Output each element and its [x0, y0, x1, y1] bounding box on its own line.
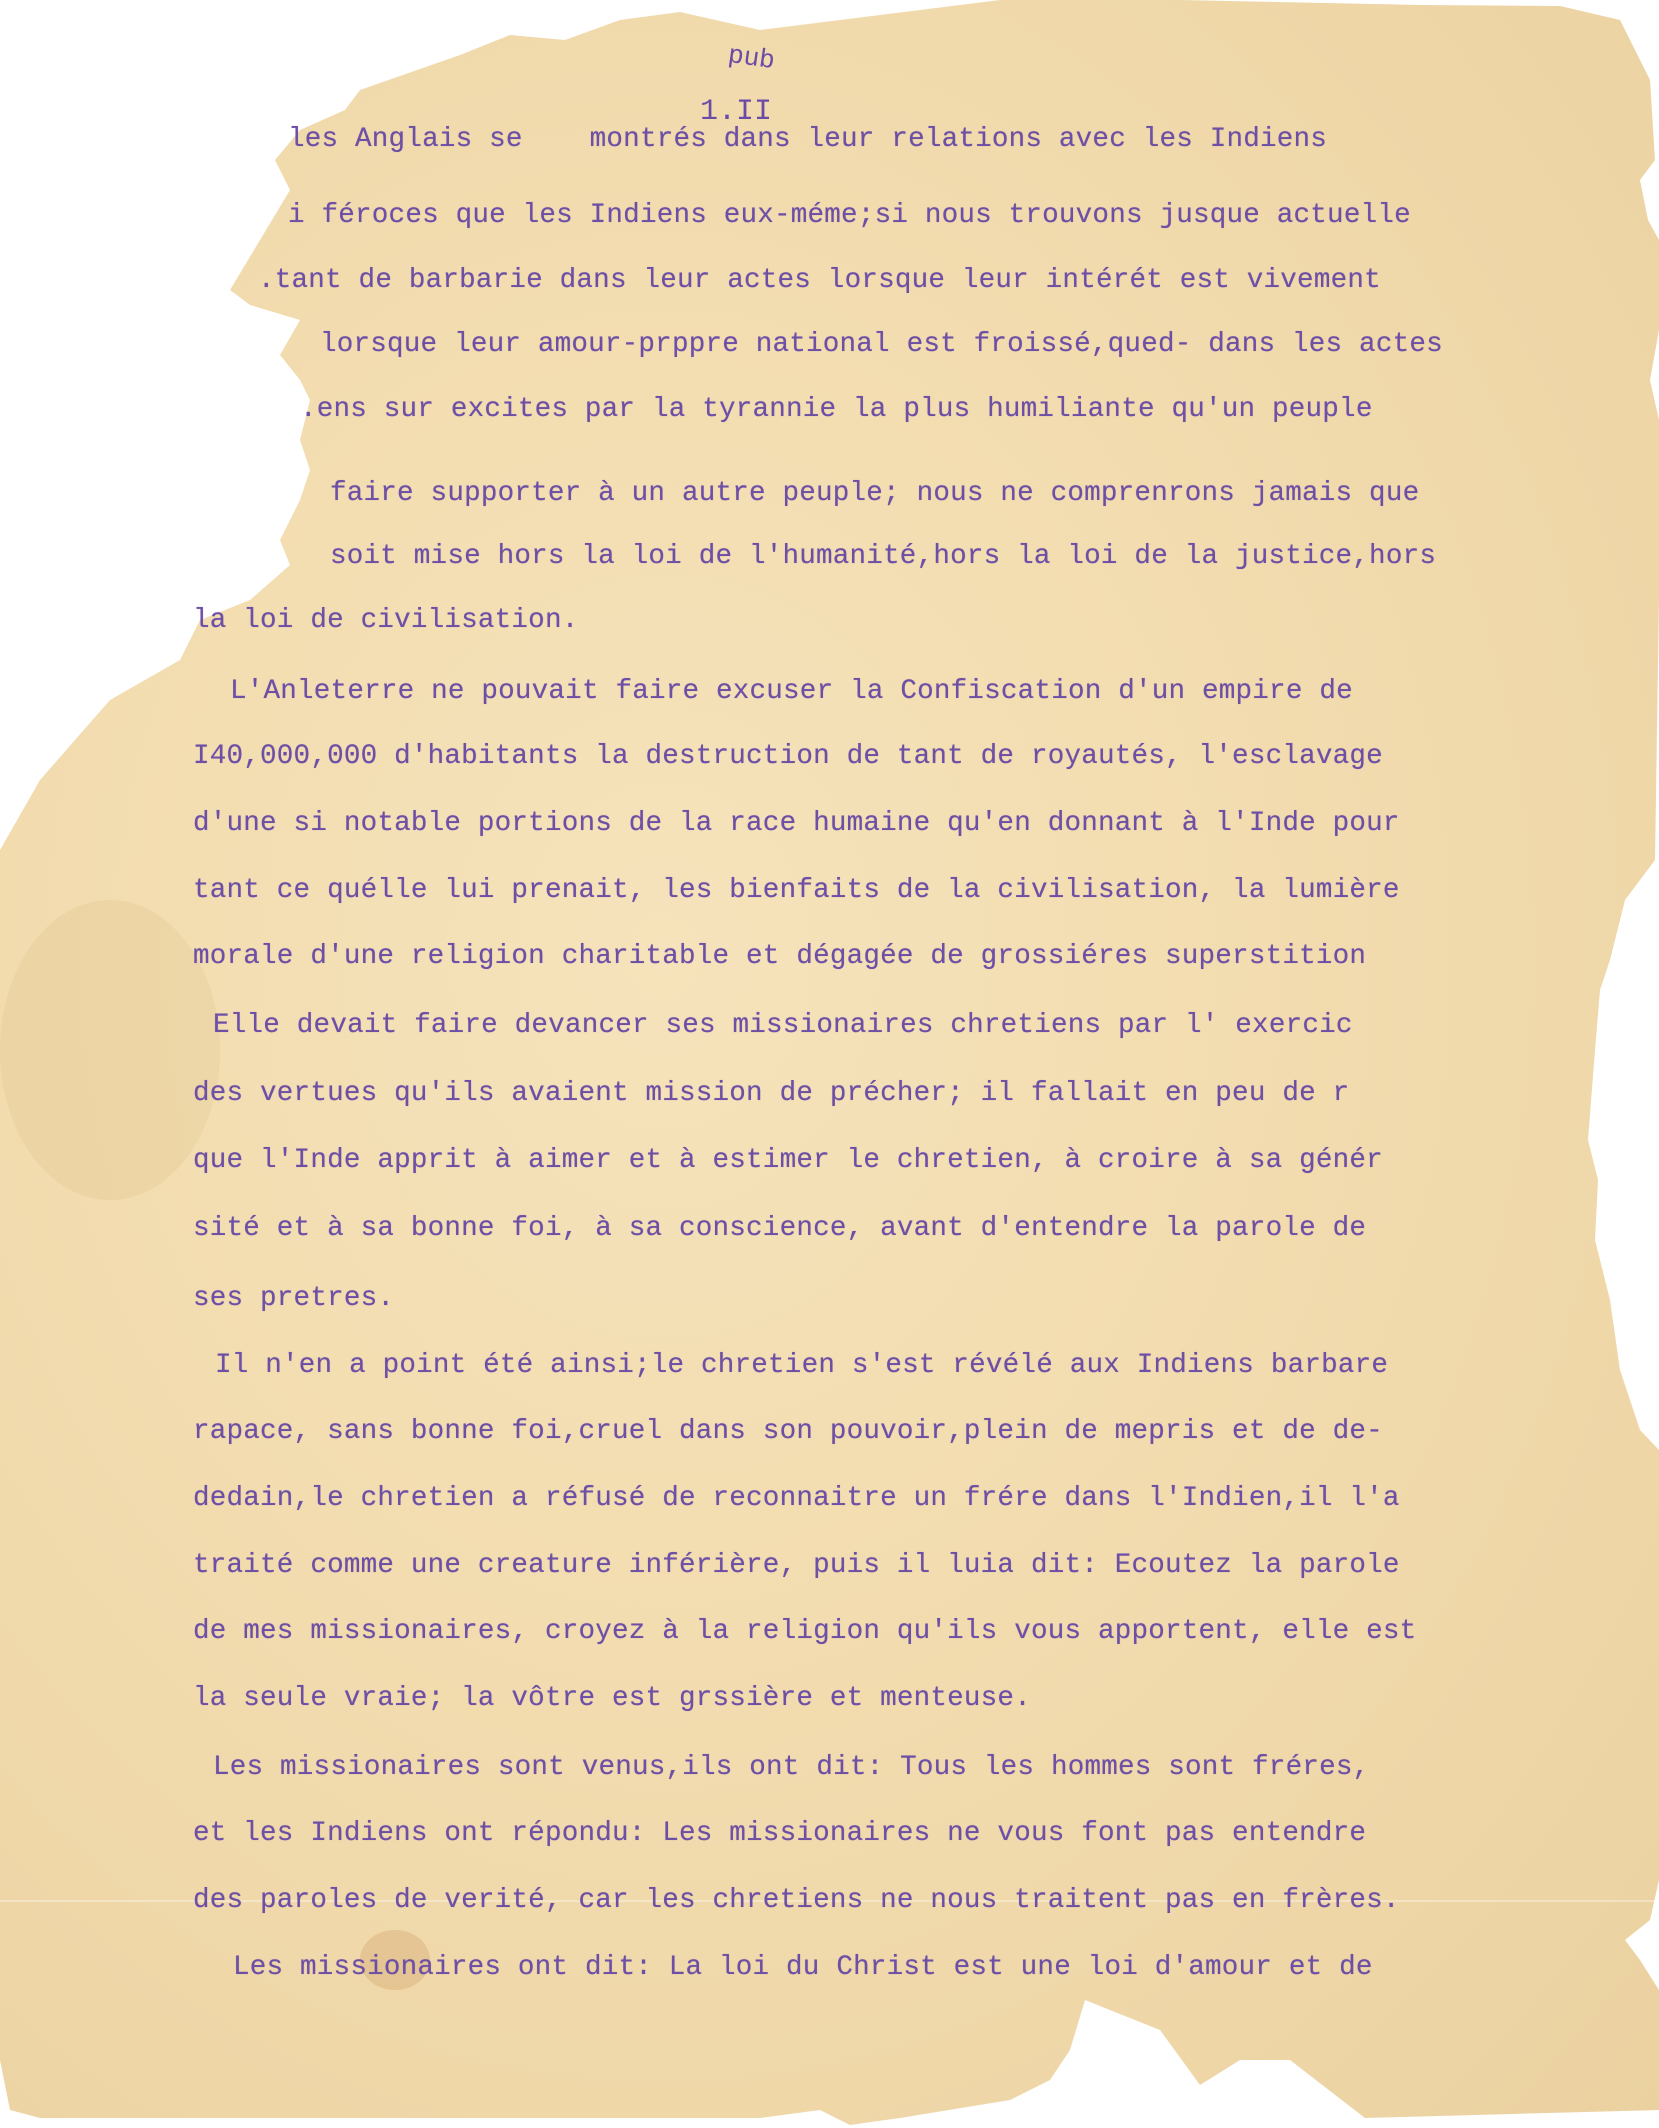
- text-line: i féroces que les Indiens eux-méme;si no…: [288, 202, 1411, 230]
- pub-stamp: pub: [726, 42, 776, 74]
- text-line: faire supporter à un autre peuple; nous …: [330, 480, 1419, 508]
- text-line: tant ce quélle lui prenait, les bienfait…: [193, 877, 1400, 905]
- text-line: dedain,le chretien a réfusé de reconnait…: [193, 1485, 1400, 1513]
- text-line: rapace, sans bonne foi,cruel dans son po…: [193, 1418, 1383, 1446]
- text-line: Les missionaires ont dit: La loi du Chri…: [233, 1954, 1373, 1982]
- text-line: la seule vraie; la vôtre est grssière et…: [193, 1685, 1031, 1713]
- text-line: des vertues qu'ils avaient mission de pr…: [193, 1080, 1349, 1108]
- text-line: ses pretres.: [193, 1285, 394, 1313]
- text-line: Les missionaires sont venus,ils ont dit:…: [213, 1754, 1369, 1782]
- text-line: d'une si notable portions de la race hum…: [193, 810, 1400, 838]
- text-line: .ens sur excites par la tyrannie la plus…: [300, 396, 1373, 424]
- text-line: de mes missionaires, croyez à la religio…: [193, 1618, 1416, 1646]
- text-line: Il n'en a point été ainsi;le chretien s'…: [215, 1352, 1388, 1380]
- text-line: soit mise hors la loi de l'humanité,hors…: [330, 543, 1436, 571]
- text-line: Elle devait faire devancer ses missionai…: [213, 1012, 1353, 1040]
- text-line: les Anglais se montrés dans leur relatio…: [288, 126, 1327, 154]
- text-line: que l'Inde apprit à aimer et à estimer l…: [193, 1147, 1383, 1175]
- torn-paper-sheet: [0, 0, 1659, 2128]
- text-line: des paroles de verité, car les chretiens…: [193, 1887, 1400, 1915]
- text-line: sité et à sa bonne foi, à sa conscience,…: [193, 1215, 1366, 1243]
- text-line: la loi de civilisation.: [193, 607, 578, 635]
- text-line: .tant de barbarie dans leur actes lorsqu…: [258, 267, 1381, 295]
- text-line: et les Indiens ont répondu: Les missiona…: [193, 1820, 1366, 1848]
- page-number: 1.II: [700, 97, 772, 127]
- text-line: morale d'une religion charitable et déga…: [193, 943, 1366, 971]
- text-line: I40,000,000 d'habitants la destruction d…: [193, 743, 1383, 771]
- text-line: lorsque leur amour-prppre national est f…: [320, 331, 1443, 359]
- text-line: L'Anleterre ne pouvait faire excuser la …: [230, 678, 1353, 706]
- text-line: traité comme une creature inférière, pui…: [193, 1552, 1400, 1580]
